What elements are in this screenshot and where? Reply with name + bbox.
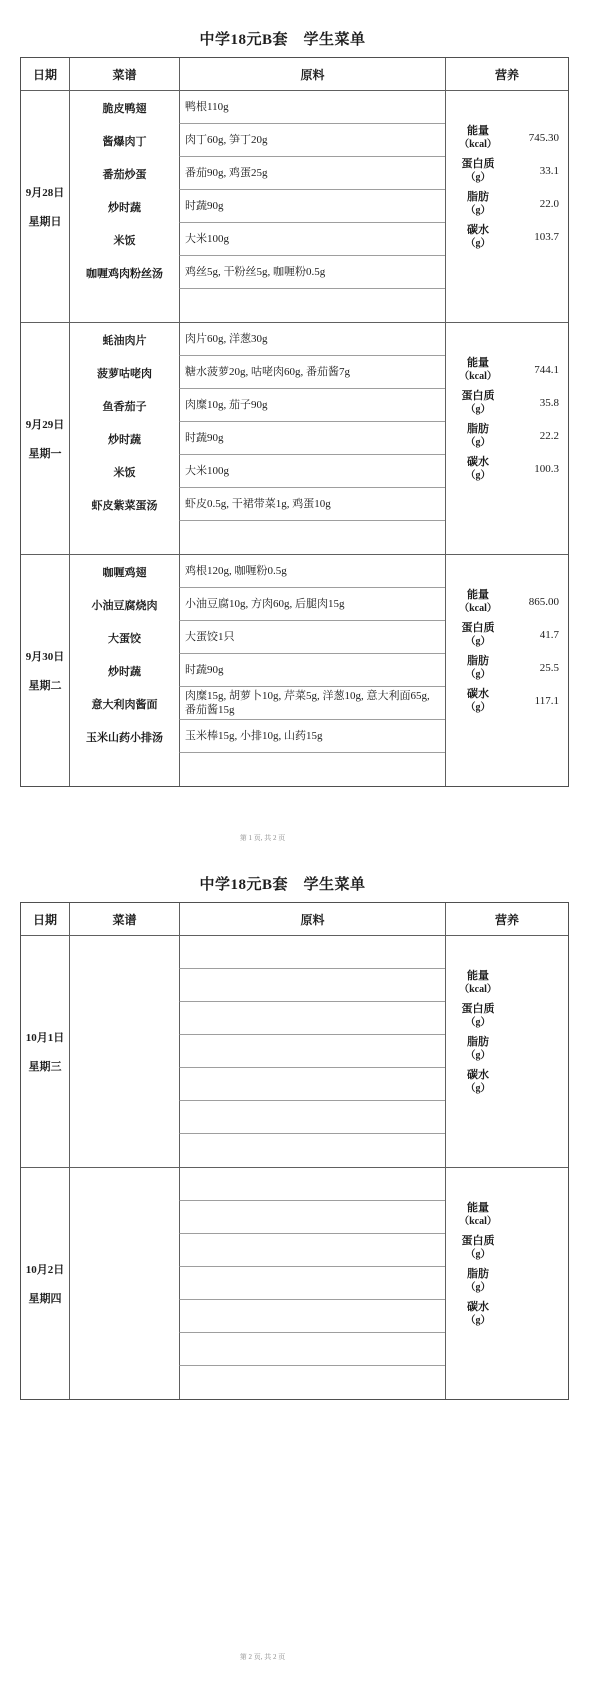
nutrition-label-unit: （kcal） xyxy=(459,370,497,383)
dish-ingredients: 时蔬90g xyxy=(179,422,445,455)
nutrition-label-name: 碳水 xyxy=(467,224,489,237)
dish-name xyxy=(70,1267,179,1300)
nutrition-cell: 能量 （kcal） 蛋白质 （g） 脂肪 （g） 碳水 （g） xyxy=(445,1168,568,1399)
dish-row: 番茄炒蛋 番茄90g, 鸡蛋25g xyxy=(70,157,445,190)
nutrition-label-unit: （kcal） xyxy=(459,1215,497,1228)
date-cell: 10月2日 星期四 xyxy=(21,1168,70,1399)
dish-row xyxy=(70,1267,445,1300)
date-label: 10月1日 xyxy=(26,1029,65,1045)
dish-row: 炒时蔬 时蔬90g xyxy=(70,422,445,455)
nutrition-row: 脂肪 （g） 25.5 xyxy=(446,651,568,684)
dish-ingredients xyxy=(179,753,445,786)
nutrition-label: 碳水 （g） xyxy=(446,456,510,482)
dish-name xyxy=(70,1234,179,1267)
nutrition-label-name: 碳水 xyxy=(467,1301,489,1314)
header-ingredients: 原料 xyxy=(179,903,445,935)
dish-ingredients xyxy=(179,1134,445,1167)
dish-ingredients xyxy=(179,1035,445,1068)
dish-ingredients: 大蛋饺1只 xyxy=(179,621,445,654)
nutrition-label-unit: （g） xyxy=(466,171,491,184)
nutrition-cell: 能量 （kcal） 745.30 蛋白质 （g） 33.1 脂肪 （g） 22.… xyxy=(445,91,568,322)
nutrition-row: 能量 （kcal） xyxy=(446,966,568,999)
dishes-column xyxy=(70,1168,445,1399)
nutrition-label-name: 脂肪 xyxy=(467,423,489,436)
dish-name xyxy=(70,1201,179,1234)
dish-row xyxy=(70,1168,445,1201)
weekday-label: 星期四 xyxy=(29,1290,62,1306)
dish-ingredients xyxy=(179,1234,445,1267)
nutrition-value: 744.1 xyxy=(510,364,568,376)
date-label: 10月2日 xyxy=(26,1261,65,1277)
dish-ingredients: 肉糜15g, 胡萝卜10g, 芹菜5g, 洋葱10g, 意大利面65g, 番茄酱… xyxy=(179,687,445,720)
dish-ingredients: 肉片60g, 洋葱30g xyxy=(179,323,445,356)
nutrition-label-unit: （g） xyxy=(466,668,491,681)
nutrition-label-unit: （g） xyxy=(466,204,491,217)
nutrition-label-unit: （kcal） xyxy=(459,602,497,615)
weekday-label: 星期三 xyxy=(29,1058,62,1074)
dish-name: 番茄炒蛋 xyxy=(70,157,179,190)
nutrition-label: 蛋白质 （g） xyxy=(446,1003,510,1029)
dish-ingredients xyxy=(179,1366,445,1399)
nutrition-row: 碳水 （g） xyxy=(446,1065,568,1098)
nutrition-label-name: 蛋白质 xyxy=(462,1003,495,1016)
dish-row xyxy=(70,753,445,786)
nutrition-label: 能量 （kcal） xyxy=(446,125,510,151)
dish-row xyxy=(70,1366,445,1399)
nutrition-row: 碳水 （g） 117.1 xyxy=(446,684,568,717)
header-menu: 菜谱 xyxy=(70,903,179,935)
nutrition-value: 25.5 xyxy=(510,662,568,674)
nutrition-row: 碳水 （g） 103.7 xyxy=(446,220,568,253)
dish-ingredients: 大米100g xyxy=(179,455,445,488)
dish-name: 虾皮紫菜蛋汤 xyxy=(70,488,179,521)
weekday-label: 星期日 xyxy=(29,213,62,229)
dish-name: 意大利肉酱面 xyxy=(70,687,179,720)
dish-ingredients: 番茄90g, 鸡蛋25g xyxy=(179,157,445,190)
dish-row xyxy=(70,1134,445,1167)
date-cell: 9月29日 星期一 xyxy=(21,323,70,554)
dish-row: 大蛋饺 大蛋饺1只 xyxy=(70,621,445,654)
date-label: 9月29日 xyxy=(26,416,65,432)
table-header-row: 日期 菜谱 原料 营养 xyxy=(21,58,568,90)
dish-name: 咖喱鸡翅 xyxy=(70,555,179,588)
dish-name: 菠萝咕咾肉 xyxy=(70,356,179,389)
nutrition-value: 100.3 xyxy=(510,463,568,475)
nutrition-row: 蛋白质 （g） 35.8 xyxy=(446,386,568,419)
dish-ingredients xyxy=(179,1168,445,1201)
table-header-row: 日期 菜谱 原料 营养 xyxy=(21,903,568,935)
dish-name: 炒时蔬 xyxy=(70,190,179,223)
day-block: 9月29日 星期一 蚝油肉片 肉片60g, 洋葱30g 菠萝咕咾肉 糖水菠萝20… xyxy=(21,322,568,554)
nutrition-label: 能量 （kcal） xyxy=(446,970,510,996)
nutrition-value: 117.1 xyxy=(510,695,568,707)
nutrition-label-unit: （g） xyxy=(466,1314,491,1327)
dish-row: 炒时蔬 时蔬90g xyxy=(70,654,445,687)
dish-ingredients: 糖水菠萝20g, 咕咾肉60g, 番茄酱7g xyxy=(179,356,445,389)
dish-name: 鱼香茄子 xyxy=(70,389,179,422)
nutrition-row: 蛋白质 （g） xyxy=(446,999,568,1032)
dish-row xyxy=(70,1201,445,1234)
dish-row: 米饭 大米100g xyxy=(70,455,445,488)
dish-name xyxy=(70,753,179,786)
nutrition-row: 脂肪 （g） xyxy=(446,1264,568,1297)
nutrition-value: 865.00 xyxy=(510,596,568,608)
header-menu: 菜谱 xyxy=(70,58,179,90)
dish-name: 炒时蔬 xyxy=(70,422,179,455)
nutrition-label-name: 脂肪 xyxy=(467,1268,489,1281)
date-label: 9月30日 xyxy=(26,648,65,664)
dish-row: 意大利肉酱面 肉糜15g, 胡萝卜10g, 芹菜5g, 洋葱10g, 意大利面6… xyxy=(70,687,445,720)
nutrition-label-name: 碳水 xyxy=(467,456,489,469)
dish-name xyxy=(70,969,179,1002)
dish-ingredients: 鸭根110g xyxy=(179,91,445,124)
dish-row xyxy=(70,1101,445,1134)
dish-row: 米饭 大米100g xyxy=(70,223,445,256)
document-sheet: 中学18元B套 学生菜单 日期 菜谱 原料 营养 9月28日 星期日 脆皮鸭翅 … xyxy=(0,0,595,1682)
dish-row: 虾皮紫菜蛋汤 虾皮0.5g, 干裙带菜1g, 鸡蛋10g xyxy=(70,488,445,521)
dishes-column: 脆皮鸭翅 鸭根110g 酱爆肉丁 肉丁60g, 笋丁20g 番茄炒蛋 番茄90g… xyxy=(70,91,445,322)
nutrition-value: 745.30 xyxy=(510,132,568,144)
dish-ingredients xyxy=(179,1201,445,1234)
date-label: 9月28日 xyxy=(26,184,65,200)
nutrition-label-unit: （g） xyxy=(466,436,491,449)
header-nutrition: 营养 xyxy=(445,58,568,90)
nutrition-label-unit: （g） xyxy=(466,1049,491,1062)
nutrition-label-name: 碳水 xyxy=(467,688,489,701)
dish-ingredients: 虾皮0.5g, 干裙带菜1g, 鸡蛋10g xyxy=(179,488,445,521)
dish-ingredients xyxy=(179,521,445,554)
nutrition-label-name: 脂肪 xyxy=(467,1036,489,1049)
nutrition-label: 蛋白质 （g） xyxy=(446,1235,510,1261)
nutrition-value: 22.2 xyxy=(510,430,568,442)
dish-row: 玉米山药小排汤 玉米棒15g, 小排10g, 山药15g xyxy=(70,720,445,753)
header-date: 日期 xyxy=(21,903,70,935)
date-cell: 9月30日 星期二 xyxy=(21,555,70,786)
nutrition-value: 41.7 xyxy=(510,629,568,641)
day-block: 9月28日 星期日 脆皮鸭翅 鸭根110g 酱爆肉丁 肉丁60g, 笋丁20g … xyxy=(21,90,568,322)
dish-ingredients: 鸡根120g, 咖喱粉0.5g xyxy=(179,555,445,588)
dish-row xyxy=(70,1333,445,1366)
nutrition-label-unit: （kcal） xyxy=(459,983,497,996)
dish-ingredients xyxy=(179,1333,445,1366)
dish-ingredients xyxy=(179,1002,445,1035)
nutrition-label-name: 能量 xyxy=(467,125,489,138)
nutrition-label-unit: （g） xyxy=(466,469,491,482)
dish-row: 菠萝咕咾肉 糖水菠萝20g, 咕咾肉60g, 番茄酱7g xyxy=(70,356,445,389)
date-cell: 9月28日 星期日 xyxy=(21,91,70,322)
nutrition-cell: 能量 （kcal） 865.00 蛋白质 （g） 41.7 脂肪 （g） 25.… xyxy=(445,555,568,786)
dish-name xyxy=(70,1168,179,1201)
dish-name: 小油豆腐烧肉 xyxy=(70,588,179,621)
nutrition-label-unit: （g） xyxy=(466,237,491,250)
nutrition-row: 脂肪 （g） xyxy=(446,1032,568,1065)
dish-ingredients xyxy=(179,289,445,322)
nutrition-label: 蛋白质 （g） xyxy=(446,622,510,648)
dish-ingredients: 时蔬90g xyxy=(179,654,445,687)
dish-ingredients: 时蔬90g xyxy=(179,190,445,223)
nutrition-row: 脂肪 （g） 22.0 xyxy=(446,187,568,220)
nutrition-label-unit: （g） xyxy=(466,635,491,648)
dishes-column xyxy=(70,936,445,1167)
dish-ingredients xyxy=(179,1300,445,1333)
nutrition-cell: 能量 （kcal） 蛋白质 （g） 脂肪 （g） 碳水 （g） xyxy=(445,936,568,1167)
dish-name: 米饭 xyxy=(70,455,179,488)
page-footer-2: 第 2 页, 共 2 页 xyxy=(0,1652,525,1662)
dish-name: 脆皮鸭翅 xyxy=(70,91,179,124)
dish-row xyxy=(70,936,445,969)
nutrition-label: 碳水 （g） xyxy=(446,224,510,250)
nutrition-label-unit: （g） xyxy=(466,1016,491,1029)
nutrition-row: 蛋白质 （g） 41.7 xyxy=(446,618,568,651)
nutrition-label: 蛋白质 （g） xyxy=(446,390,510,416)
dish-name: 咖喱鸡肉粉丝汤 xyxy=(70,256,179,289)
nutrition-row: 能量 （kcal） 745.30 xyxy=(446,121,568,154)
dish-row xyxy=(70,1300,445,1333)
nutrition-label: 碳水 （g） xyxy=(446,688,510,714)
weekday-label: 星期二 xyxy=(29,677,62,693)
dish-row xyxy=(70,289,445,322)
dish-row: 小油豆腐烧肉 小油豆腐10g, 方肉60g, 后腿肉15g xyxy=(70,588,445,621)
dish-name: 炒时蔬 xyxy=(70,654,179,687)
nutrition-value: 103.7 xyxy=(510,231,568,243)
dish-ingredients: 玉米棒15g, 小排10g, 山药15g xyxy=(179,720,445,753)
nutrition-label-unit: （g） xyxy=(466,1082,491,1095)
dish-name: 蚝油肉片 xyxy=(70,323,179,356)
dish-name xyxy=(70,1333,179,1366)
nutrition-label-name: 能量 xyxy=(467,357,489,370)
day-block: 10月1日 星期三 能量 （kcal） 蛋白质 （g） xyxy=(21,935,568,1167)
page-title: 中学18元B套 学生菜单 xyxy=(20,873,569,894)
dish-ingredients xyxy=(179,969,445,1002)
nutrition-label: 能量 （kcal） xyxy=(446,357,510,383)
nutrition-label-name: 蛋白质 xyxy=(462,390,495,403)
nutrition-row: 能量 （kcal） 744.1 xyxy=(446,353,568,386)
dish-name: 大蛋饺 xyxy=(70,621,179,654)
nutrition-label-name: 能量 xyxy=(467,970,489,983)
weekday-label: 星期一 xyxy=(29,445,62,461)
dish-row: 咖喱鸡肉粉丝汤 鸡丝5g, 干粉丝5g, 咖喱粉0.5g xyxy=(70,256,445,289)
page-footer-1: 第 1 页, 共 2 页 xyxy=(0,833,525,843)
dish-row: 酱爆肉丁 肉丁60g, 笋丁20g xyxy=(70,124,445,157)
dish-ingredients: 肉丁60g, 笋丁20g xyxy=(179,124,445,157)
dish-name xyxy=(70,1101,179,1134)
dish-name: 玉米山药小排汤 xyxy=(70,720,179,753)
dish-row xyxy=(70,969,445,1002)
dish-row: 鱼香茄子 肉糜10g, 茄子90g xyxy=(70,389,445,422)
dish-ingredients: 大米100g xyxy=(179,223,445,256)
dish-ingredients xyxy=(179,1101,445,1134)
nutrition-label: 能量 （kcal） xyxy=(446,1202,510,1228)
nutrition-label-name: 脂肪 xyxy=(467,655,489,668)
dish-ingredients xyxy=(179,936,445,969)
header-ingredients: 原料 xyxy=(179,58,445,90)
date-cell: 10月1日 星期三 xyxy=(21,936,70,1167)
nutrition-row: 碳水 （g） 100.3 xyxy=(446,452,568,485)
nutrition-row: 能量 （kcal） xyxy=(446,1198,568,1231)
menu-table-page-2: 日期 菜谱 原料 营养 10月1日 星期三 能量 （kcal） xyxy=(20,902,569,1400)
dish-row xyxy=(70,521,445,554)
dish-name xyxy=(70,1035,179,1068)
nutrition-label: 脂肪 （g） xyxy=(446,423,510,449)
nutrition-label-unit: （g） xyxy=(466,1281,491,1294)
nutrition-row: 脂肪 （g） 22.2 xyxy=(446,419,568,452)
dish-name xyxy=(70,1366,179,1399)
dish-name xyxy=(70,521,179,554)
dish-row: 炒时蔬 时蔬90g xyxy=(70,190,445,223)
dish-row xyxy=(70,1035,445,1068)
dish-ingredients xyxy=(179,1267,445,1300)
day-block: 9月30日 星期二 咖喱鸡翅 鸡根120g, 咖喱粉0.5g 小油豆腐烧肉 小油… xyxy=(21,554,568,786)
nutrition-label-unit: （g） xyxy=(466,701,491,714)
header-date: 日期 xyxy=(21,58,70,90)
dish-name xyxy=(70,1134,179,1167)
nutrition-label-unit: （g） xyxy=(466,1248,491,1261)
nutrition-value: 33.1 xyxy=(510,165,568,177)
nutrition-cell: 能量 （kcal） 744.1 蛋白质 （g） 35.8 脂肪 （g） 22.2… xyxy=(445,323,568,554)
nutrition-label: 脂肪 （g） xyxy=(446,1268,510,1294)
nutrition-label: 能量 （kcal） xyxy=(446,589,510,615)
dish-name xyxy=(70,1300,179,1333)
dish-name xyxy=(70,936,179,969)
dish-row xyxy=(70,1068,445,1101)
page-title: 中学18元B套 学生菜单 xyxy=(20,0,569,49)
menu-table-page-1: 日期 菜谱 原料 营养 9月28日 星期日 脆皮鸭翅 鸭根110g 酱爆肉丁 肉… xyxy=(20,57,569,787)
dish-name: 米饭 xyxy=(70,223,179,256)
dish-row: 脆皮鸭翅 鸭根110g xyxy=(70,91,445,124)
nutrition-label-unit: （kcal） xyxy=(459,138,497,151)
nutrition-value: 35.8 xyxy=(510,397,568,409)
nutrition-label: 蛋白质 （g） xyxy=(446,158,510,184)
nutrition-value: 22.0 xyxy=(510,198,568,210)
dish-ingredients xyxy=(179,1068,445,1101)
nutrition-label: 脂肪 （g） xyxy=(446,191,510,217)
day-block: 10月2日 星期四 能量 （kcal） 蛋白质 （g） xyxy=(21,1167,568,1399)
nutrition-label-unit: （g） xyxy=(466,403,491,416)
nutrition-label-name: 能量 xyxy=(467,589,489,602)
header-nutrition: 营养 xyxy=(445,903,568,935)
nutrition-label-name: 蛋白质 xyxy=(462,622,495,635)
nutrition-label-name: 脂肪 xyxy=(467,191,489,204)
dish-name xyxy=(70,1068,179,1101)
nutrition-label-name: 蛋白质 xyxy=(462,158,495,171)
dish-name xyxy=(70,1002,179,1035)
nutrition-label: 脂肪 （g） xyxy=(446,1036,510,1062)
nutrition-label: 碳水 （g） xyxy=(446,1301,510,1327)
dish-name: 酱爆肉丁 xyxy=(70,124,179,157)
dishes-column: 咖喱鸡翅 鸡根120g, 咖喱粉0.5g 小油豆腐烧肉 小油豆腐10g, 方肉6… xyxy=(70,555,445,786)
nutrition-label: 脂肪 （g） xyxy=(446,655,510,681)
nutrition-row: 蛋白质 （g） 33.1 xyxy=(446,154,568,187)
dish-name xyxy=(70,289,179,322)
nutrition-label-name: 能量 xyxy=(467,1202,489,1215)
dish-row: 蚝油肉片 肉片60g, 洋葱30g xyxy=(70,323,445,356)
nutrition-row: 能量 （kcal） 865.00 xyxy=(446,585,568,618)
dish-row xyxy=(70,1002,445,1035)
dish-ingredients: 小油豆腐10g, 方肉60g, 后腿肉15g xyxy=(179,588,445,621)
nutrition-row: 蛋白质 （g） xyxy=(446,1231,568,1264)
nutrition-label: 碳水 （g） xyxy=(446,1069,510,1095)
dishes-column: 蚝油肉片 肉片60g, 洋葱30g 菠萝咕咾肉 糖水菠萝20g, 咕咾肉60g,… xyxy=(70,323,445,554)
nutrition-row: 碳水 （g） xyxy=(446,1297,568,1330)
dish-row: 咖喱鸡翅 鸡根120g, 咖喱粉0.5g xyxy=(70,555,445,588)
nutrition-label-name: 碳水 xyxy=(467,1069,489,1082)
dish-ingredients: 鸡丝5g, 干粉丝5g, 咖喱粉0.5g xyxy=(179,256,445,289)
dish-row xyxy=(70,1234,445,1267)
dish-ingredients: 肉糜10g, 茄子90g xyxy=(179,389,445,422)
nutrition-label-name: 蛋白质 xyxy=(462,1235,495,1248)
